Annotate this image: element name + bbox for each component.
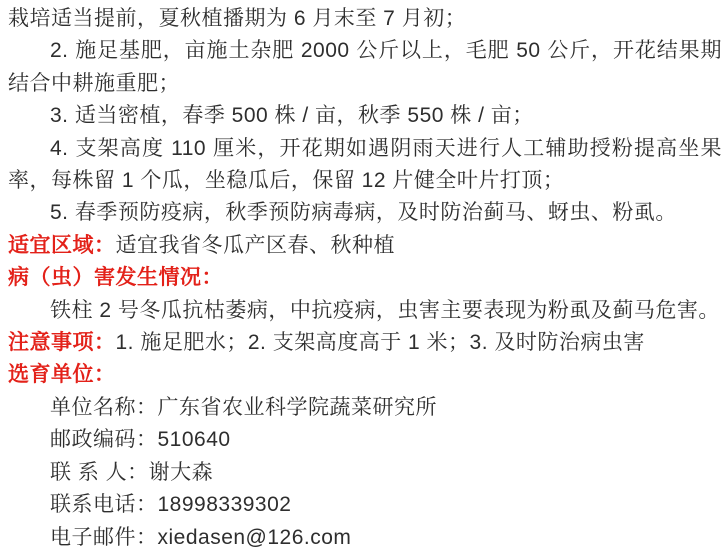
contact-email: 电子邮件：xiedasen@126.com <box>8 522 722 554</box>
section-suitable-region: 适宜区域：适宜我省冬瓜产区春、秋种植 <box>8 230 722 262</box>
notes-label: 注意事项： <box>8 331 116 354</box>
paragraph-text: 3. 适当密植，春季 500 株 / 亩，秋季 550 株 / 亩； <box>50 104 534 127</box>
contact-unit-name: 单位名称：广东省农业科学院蔬菜研究所 <box>8 392 722 424</box>
suitable-region-label: 适宜区域： <box>8 234 116 257</box>
section-pest-disease-heading: 病（虫）害发生情况： <box>8 262 722 294</box>
paragraph-text: 5. 春季预防疫病，秋季预防病毒病，及时防治蓟马、蚜虫、粉虱。 <box>50 201 677 224</box>
section-breeding-unit-heading: 选育单位： <box>8 359 722 391</box>
paragraph-disease-prevention: 5. 春季预防疫病，秋季预防病毒病，及时防治蓟马、蚜虫、粉虱。 <box>8 197 722 229</box>
paragraph-pest-disease-detail: 铁柱 2 号冬瓜抗枯萎病，中抗疫病，虫害主要表现为粉虱及蓟马危害。 <box>8 295 722 327</box>
notes-text: 1. 施足肥水；2. 支架高度高于 1 米；3. 及时防治病虫害 <box>116 331 645 354</box>
paragraph-text: 铁柱 2 号冬瓜抗枯萎病，中抗疫病，虫害主要表现为粉虱及蓟马危害。 <box>50 299 720 322</box>
contact-text: 联 系 人：谢大森 <box>50 461 213 484</box>
paragraph-text: 4. 支架高度 110 厘米，开花期如遇阴雨天进行人工辅助授粉提高坐果率，每株留… <box>8 137 722 192</box>
section-notes: 注意事项：1. 施足肥水；2. 支架高度高于 1 米；3. 及时防治病虫害 <box>8 327 722 359</box>
contact-phone: 联系电话：18998339302 <box>8 489 722 521</box>
paragraph-text: 栽培适当提前，夏秋植播期为 6 月末至 7 月初； <box>8 7 466 30</box>
contact-text: 单位名称：广东省农业科学院蔬菜研究所 <box>50 396 437 419</box>
paragraph-planting-period: 栽培适当提前，夏秋植播期为 6 月末至 7 月初； <box>8 3 722 35</box>
paragraph-trellis-pollination: 4. 支架高度 110 厘米，开花期如遇阴雨天进行人工辅助授粉提高坐果率，每株留… <box>8 133 722 198</box>
paragraph-text: 2. 施足基肥，亩施土杂肥 2000 公斤以上，毛肥 50 公斤，开花结果期结合… <box>8 39 722 94</box>
contact-text: 电子邮件：xiedasen@126.com <box>50 526 351 549</box>
contact-text: 邮政编码：510640 <box>50 428 231 451</box>
pest-disease-heading-label: 病（虫）害发生情况： <box>8 266 223 289</box>
contact-text: 联系电话：18998339302 <box>50 493 291 516</box>
paragraph-planting-density: 3. 适当密植，春季 500 株 / 亩，秋季 550 株 / 亩； <box>8 100 722 132</box>
contact-postal-code: 邮政编码：510640 <box>8 424 722 456</box>
paragraph-base-fertilizer: 2. 施足基肥，亩施土杂肥 2000 公斤以上，毛肥 50 公斤，开花结果期结合… <box>8 35 722 100</box>
document-page: 栽培适当提前，夏秋植播期为 6 月末至 7 月初； 2. 施足基肥，亩施土杂肥 … <box>0 0 724 555</box>
suitable-region-text: 适宜我省冬瓜产区春、秋种植 <box>116 234 396 257</box>
breeding-unit-label: 选育单位： <box>8 363 116 386</box>
contact-person: 联 系 人：谢大森 <box>8 457 722 489</box>
